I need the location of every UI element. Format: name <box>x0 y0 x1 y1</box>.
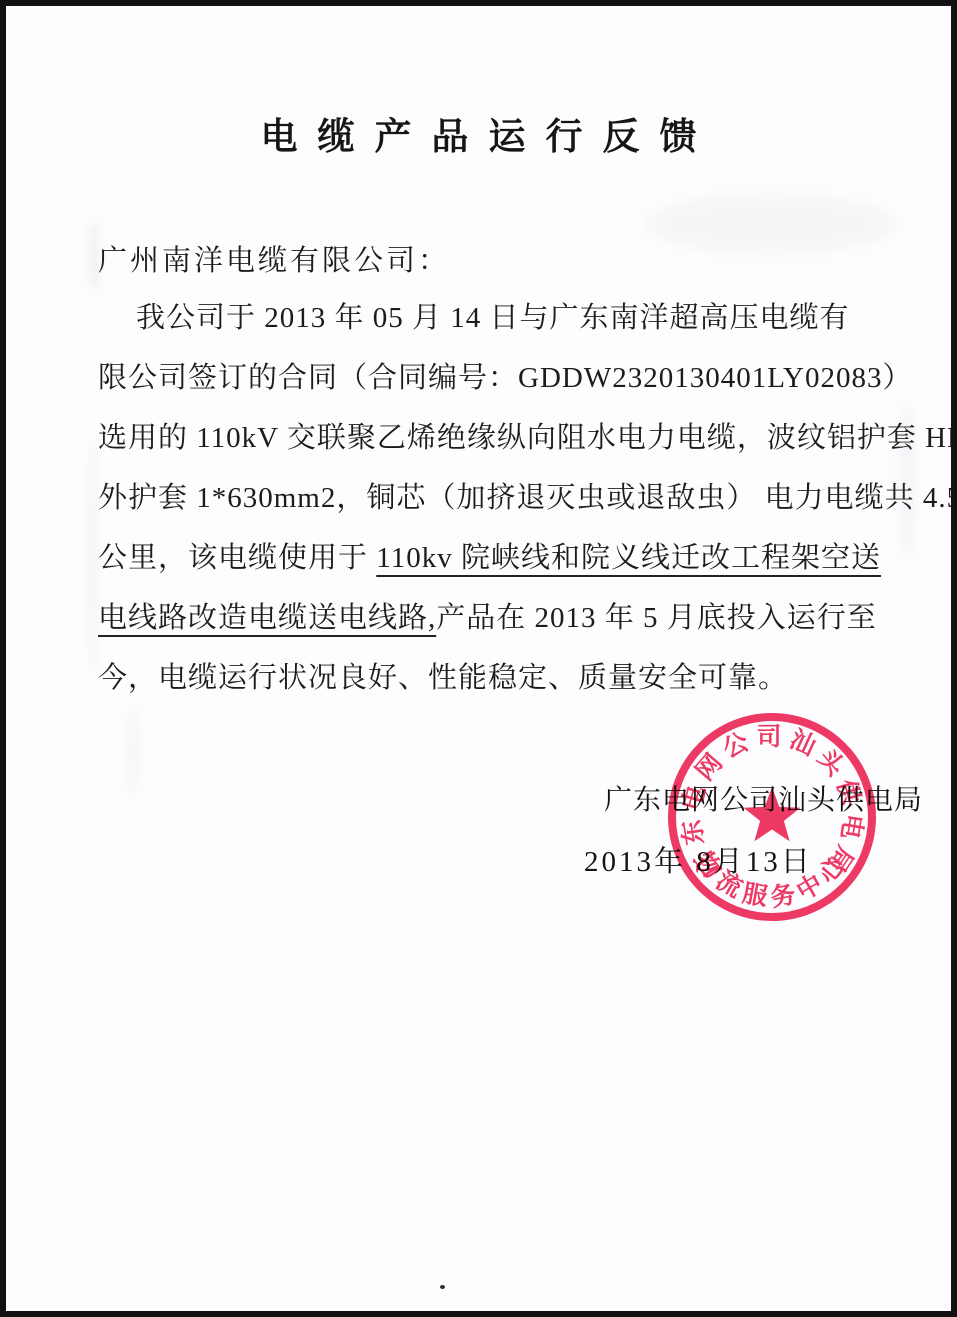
underlined-text: 电线路改造电缆送电线路, <box>98 602 436 634</box>
scan-noise <box>646 194 896 254</box>
scanned-document-page: 电缆产品运行反馈 广州南洋电缆有限公司： 我公司于 2013 年 05 月 14… <box>0 0 957 1317</box>
scan-noise <box>88 221 100 291</box>
scan-speck <box>440 1285 445 1289</box>
body-line-3: 选用的 110kV 交联聚乙烯绝缘纵向阻水电力电缆，波纹铝护套 HDPE <box>98 408 898 468</box>
body-line-6: 电线路改造电缆送电线路,产品在 2013 年 5 月底投入运行至 <box>98 588 898 648</box>
scan-noise <box>899 401 915 561</box>
official-seal-stamp: 广东电网公司汕头供电局 物流服务中心 <box>662 707 882 927</box>
body-line-2: 限公司签订的合同（合同编号：GDDW2320130401LY02083） <box>98 348 898 408</box>
document-title: 电缆产品运行反馈 <box>6 106 951 160</box>
underlined-text: 110kv 院峡线和院义线迁改工程架空送 <box>376 542 881 574</box>
star-icon <box>744 787 801 841</box>
body-line-5: 公里，该电缆使用于 110kv 院峡线和院义线迁改工程架空送 <box>98 528 898 588</box>
scan-noise <box>126 706 140 796</box>
body-text: 产品在 2013 年 5 月底投入运行至 <box>436 602 877 634</box>
scan-noise <box>88 436 98 676</box>
body-line-1: 我公司于 2013 年 05 月 14 日与广东南洋超高压电缆有 <box>98 288 898 348</box>
body-line-4: 外护套 1*630mm2，铜芯（加挤退灭虫或退敌虫） 电力电缆共 4.59 <box>98 468 898 528</box>
salutation: 广州南洋电缆有限公司： <box>98 238 450 279</box>
stamp-graphic: 广东电网公司汕头供电局 物流服务中心 <box>662 707 882 927</box>
body-line-7: 今，电缆运行状况良好、性能稳定、质量安全可靠。 <box>98 648 898 708</box>
body-paragraph: 我公司于 2013 年 05 月 14 日与广东南洋超高压电缆有 限公司签订的合… <box>98 288 898 708</box>
body-text: 公里，该电缆使用于 <box>98 542 376 574</box>
